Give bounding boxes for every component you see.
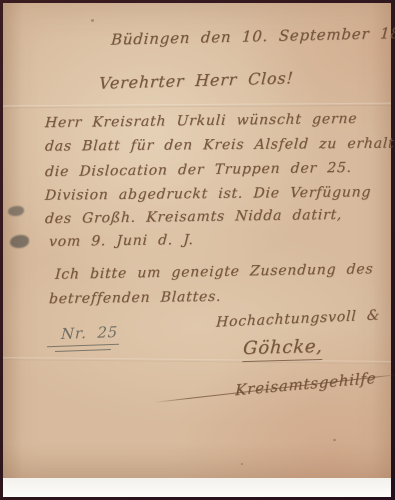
bottom-white-strip — [3, 478, 391, 497]
body-line: Herr Kreisrath Urkuli wünscht gerne — [45, 111, 358, 131]
body-line: die Dislocation der Truppen der 25. — [45, 160, 353, 180]
ink-smudge — [10, 235, 29, 248]
body-line: vom 9. Juni d. J. — [49, 232, 195, 250]
paper-speck — [241, 463, 243, 465]
salutation: Verehrter Herr Clos! — [98, 68, 294, 92]
margin-note-underline — [47, 344, 119, 348]
body-line: betreffenden Blattes. — [49, 289, 222, 307]
paper-speck — [333, 439, 336, 441]
body-line: Division abgedruckt ist. Die Verfügung — [45, 184, 372, 203]
signature-title: Kreisamtsgehilfe — [235, 369, 376, 399]
ink-smudge — [8, 206, 24, 216]
dateline: Büdingen den 10. September 1874. — [110, 23, 395, 48]
closing-formula: Hochachtungsvoll & — [216, 307, 381, 330]
fold-crease-top — [3, 103, 391, 109]
margin-note-number: Nr. 25 — [61, 323, 119, 343]
signature: Göhcke, — [242, 336, 323, 362]
signature-name: Göhcke, — [242, 336, 323, 362]
body-line: Ich bitte um geneigte Zusendung des — [55, 261, 374, 283]
fold-crease-bottom — [3, 357, 391, 364]
margin-note-underline — [55, 349, 111, 352]
photo-frame: Büdingen den 10. September 1874. Verehrt… — [0, 0, 395, 500]
body-line: das Blatt für den Kreis Alsfeld zu erhal… — [45, 135, 395, 154]
letter-paper: Büdingen den 10. September 1874. Verehrt… — [3, 3, 391, 478]
paper-speck — [91, 19, 94, 22]
body-line: des Großh. Kreisamts Nidda datirt, — [45, 207, 343, 227]
